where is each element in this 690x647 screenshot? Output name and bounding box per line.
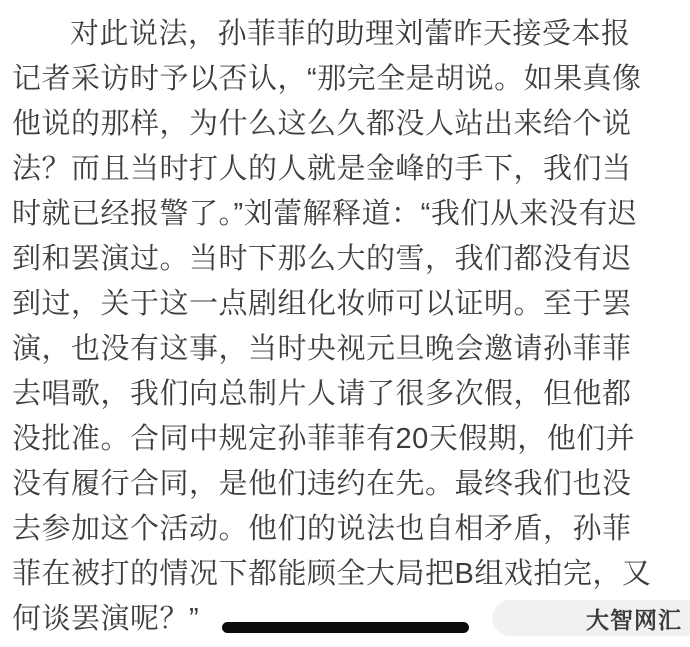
article-line: 到和罢演过。当时下那么大的雪，我们都没有迟 [12, 237, 678, 282]
article-line: 记者采访时予以否认，“那完全是胡说。如果真像 [12, 57, 678, 102]
article-line: 菲在被打的情况下都能顾全大局把B组戏拍完，又 [12, 552, 678, 597]
watermark-badge: 大智网汇 [492, 600, 690, 636]
article-paragraph: 对此说法，孙菲菲的助理刘蕾昨天接受本报 记者采访时予以否认，“那完全是胡说。如果… [12, 12, 678, 642]
article-line: 没有履行合同，是他们违约在先。最终我们也没 [12, 462, 678, 507]
article-line: 他说的那样，为什么这么久都没人站出来给个说 [12, 102, 678, 147]
article-line: 法？而且当时打人的人就是金峰的手下，我们当 [12, 147, 678, 192]
article-line: 对此说法，孙菲菲的助理刘蕾昨天接受本报 [12, 12, 678, 57]
article-line: 没批准。合同中规定孙菲菲有20天假期，他们并 [12, 417, 678, 462]
article-line: 时就已经报警了。”刘蕾解释道：“我们从来没有迟 [12, 192, 678, 237]
article-line: 到过，关于这一点剧组化妆师可以证明。至于罢 [12, 282, 678, 327]
watermark-label: 大智网汇 [586, 602, 682, 635]
article-line: 演，也没有这事，当时央视元旦晚会邀请孙菲菲 [12, 327, 678, 372]
redaction-bar [222, 622, 469, 633]
article-line: 去参加这个活动。他们的说法也自相矛盾，孙菲 [12, 507, 678, 552]
article-line: 去唱歌，我们向总制片人请了很多次假，但他都 [12, 372, 678, 417]
